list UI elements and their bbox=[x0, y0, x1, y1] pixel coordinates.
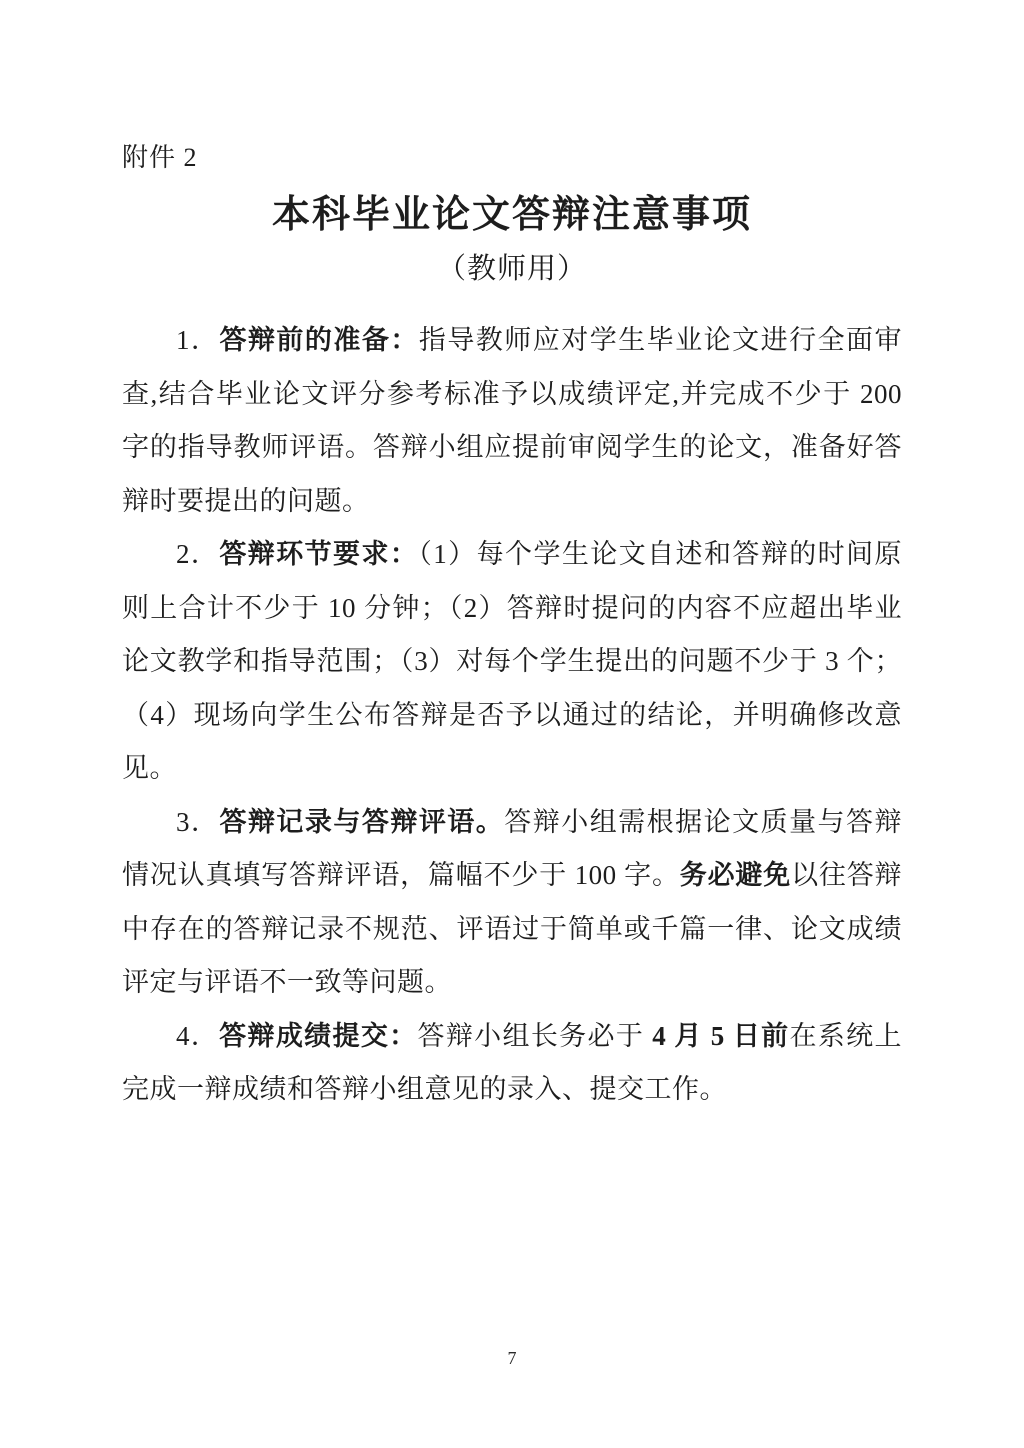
paragraph-defense-score-submission: 4．答辩成绩提交：答辩小组长务必于 4 月 5 日前在系统上完成一辩成绩和答辩小… bbox=[122, 1010, 902, 1117]
text-segment: 1． bbox=[176, 325, 219, 355]
document-title: 本科毕业论文答辩注意事项 bbox=[122, 188, 902, 242]
paragraph-defense-session-requirements: 2．答辩环节要求：（1）每个学生论文自述和答辩的时间原则上合计不少于 10 分钟… bbox=[122, 528, 902, 796]
document-page: 附件 2 本科毕业论文答辩注意事项 （教师用） 1．答辩前的准备：指导教师应对学… bbox=[0, 0, 1024, 1448]
text-segment-bold: 答辩成绩提交： bbox=[219, 1021, 417, 1051]
text-segment-bold: 务必避免 bbox=[680, 860, 791, 890]
text-segment-bold: 4 月 5 日前 bbox=[652, 1021, 789, 1051]
document-body: 1．答辩前的准备：指导教师应对学生毕业论文进行全面审查,结合毕业论文评分参考标准… bbox=[122, 314, 902, 1117]
paragraph-defense-records-comments: 3．答辩记录与答辩评语。答辩小组需根据论文质量与答辩情况认真填写答辩评语，篇幅不… bbox=[122, 796, 902, 1010]
page-number: 7 bbox=[0, 1346, 1024, 1370]
paragraph-defense-preparation: 1．答辩前的准备：指导教师应对学生毕业论文进行全面审查,结合毕业论文评分参考标准… bbox=[122, 314, 902, 528]
text-segment: 3． bbox=[176, 807, 219, 837]
attachment-label: 附件 2 bbox=[122, 140, 902, 176]
text-segment-bold: 答辩前的准备： bbox=[219, 325, 418, 355]
text-segment: （1）每个学生论文自述和答辩的时间原则上合计不少于 10 分钟；（2）答辩时提问… bbox=[122, 539, 902, 783]
document-subtitle: （教师用） bbox=[122, 246, 902, 292]
text-segment-bold: 答辩记录与答辩评语。 bbox=[219, 807, 504, 837]
text-segment: 4． bbox=[176, 1021, 219, 1051]
text-segment-bold: 答辩环节要求： bbox=[219, 539, 418, 569]
text-segment: 2． bbox=[176, 539, 219, 569]
text-segment: 答辩小组长务必于 bbox=[418, 1021, 653, 1051]
